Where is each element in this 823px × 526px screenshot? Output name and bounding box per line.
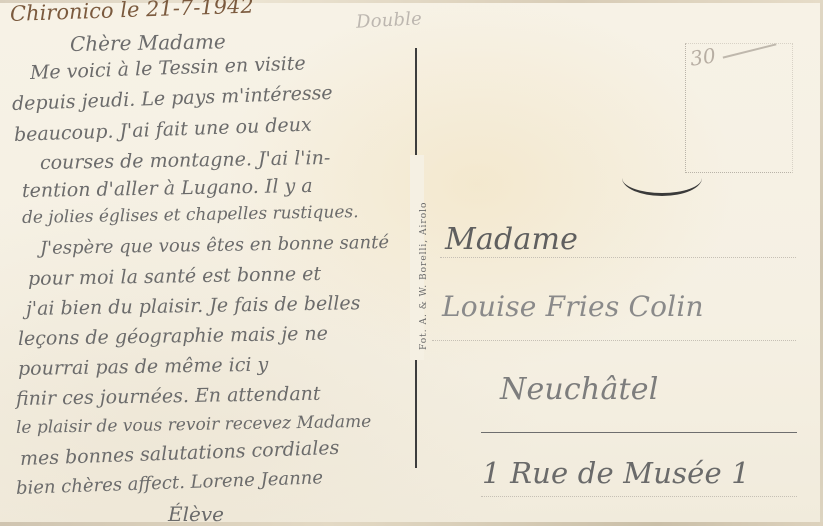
message-line: j'ai bien du plaisir. Je fais de belles [26, 292, 361, 320]
address-rule [481, 432, 797, 433]
address-line-4: 1 Rue de Musée 1 [482, 456, 750, 490]
message-line: mes bonnes salutations cordiales [20, 437, 340, 470]
message-line: pourrai pas de même ici y [18, 354, 269, 380]
salutation: Chère Madame [70, 29, 226, 56]
message-line: de jolies églises et chapelles rustiques… [22, 202, 359, 228]
address-line-3: Neuchâtel [500, 372, 659, 407]
pencil-note: Double [355, 8, 422, 32]
stamp-price: 30 [688, 43, 717, 70]
message-line: bien chères affect. Lorene Jeanne [16, 467, 324, 499]
message-line: leçons de géographie mais je ne [18, 323, 328, 350]
address-line-1: Madame [445, 222, 578, 257]
address-rule [432, 340, 796, 341]
message-line: Me voici à le Tessin en visite [30, 52, 306, 84]
message-line: pour moi la santé est bonne et [28, 263, 321, 290]
address-rule [440, 257, 796, 258]
message-line: beaucoup. J'ai fait une ou deux [14, 114, 312, 146]
signature-line: Élève [168, 502, 224, 526]
postmark-arc-icon [622, 160, 702, 196]
message-line: tention d'aller à Lugano. Il y a [22, 175, 313, 202]
postcard: Chironico le 21-7-1942 Chère Madame Me v… [0, 0, 823, 526]
printer-mark: Fot. A. & W. Borelli, Airolo [419, 202, 429, 350]
message-line: J'espère que vous êtes en bonne santé [40, 232, 389, 259]
address-rule [481, 496, 797, 497]
message-line: finir ces journées. En attendant [16, 383, 321, 410]
address-line-2: Louise Fries Colin [442, 290, 704, 323]
dateline: Chironico le 21-7-1942 [10, 0, 255, 26]
message-line: le plaisir de vous revoir recevez Madame [16, 412, 372, 438]
message-line: depuis jeudi. Le pays m'intéresse [12, 82, 333, 115]
message-line: courses de montagne. J'ai l'in- [40, 147, 331, 174]
